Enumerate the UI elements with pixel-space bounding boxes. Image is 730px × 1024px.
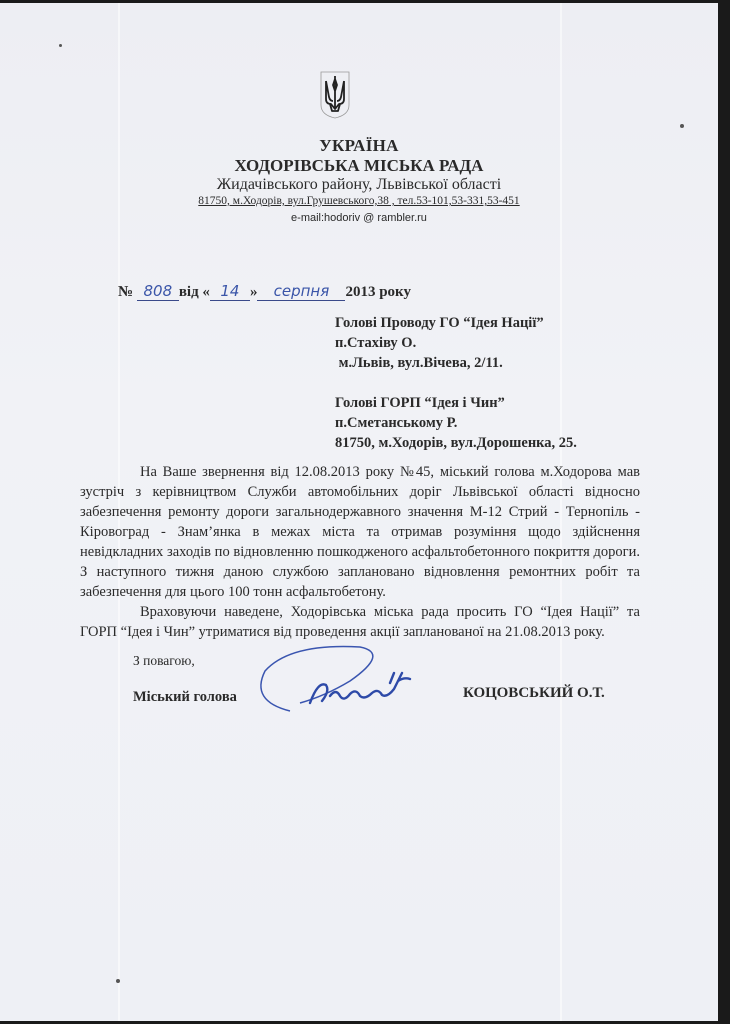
scan-speck — [116, 979, 120, 983]
closing-regards: З повагою, — [133, 653, 195, 669]
scan-speck — [59, 44, 62, 47]
letter-body: На Ваше звернення від 12.08.2013 року №4… — [80, 462, 640, 642]
registration-line: № 808від «14»серпня2013 року — [118, 282, 411, 301]
date-close-quote: » — [250, 284, 258, 300]
date-year: 2013 року — [345, 284, 411, 300]
number-label: № — [118, 284, 133, 300]
date-from-label: від « — [179, 284, 210, 300]
letterhead-address: 81750, м.Ходорів, вул.Грушевського,38 , … — [0, 195, 718, 207]
letterhead-country: УКРАЇНА — [0, 136, 718, 156]
scanned-letter-page: УКРАЇНА ХОДОРІВСЬКА МІСЬКА РАДА Жидачівс… — [0, 3, 718, 1021]
recipient-name: п.Стахіву О. — [335, 333, 544, 353]
recipient-name: п.Сметанському Р. — [335, 413, 577, 433]
handwritten-number: 808 — [137, 282, 179, 301]
recipient-position: Голові ГОРП “Ідея і Чин” — [335, 393, 577, 413]
letterhead-address-text: 81750, м.Ходорів, вул.Грушевського,38 , … — [198, 195, 519, 207]
ukraine-trident-icon — [320, 71, 350, 119]
recipient-position: Голові Проводу ГО “Ідея Нації” — [335, 313, 544, 333]
recipient-address: м.Львів, вул.Вічева, 2/11. — [335, 353, 544, 373]
letterhead-council: ХОДОРІВСЬКА МІСЬКА РАДА — [0, 156, 718, 176]
body-paragraph: Враховуючи наведене, Ходорівська міська … — [80, 602, 640, 642]
recipient-block: Голові ГОРП “Ідея і Чин” п.Сметанському … — [335, 393, 577, 453]
letterhead-region: Жидачівського району, Львівської області — [0, 176, 718, 194]
signatory-name: КОЦОВСЬКИЙ О.Т. — [463, 685, 605, 702]
handwritten-month: серпня — [257, 282, 345, 301]
recipient-block: Голові Проводу ГО “Ідея Нації” п.Стахіву… — [335, 313, 544, 373]
letterhead-email: e-mail:hodoriv @ rambler.ru — [0, 212, 718, 224]
body-paragraph: На Ваше звернення від 12.08.2013 року №4… — [80, 462, 640, 602]
signatory-title: Міський голова — [133, 689, 237, 706]
handwritten-signature — [230, 641, 490, 721]
scan-speck — [680, 124, 684, 128]
handwritten-day: 14 — [210, 282, 250, 301]
recipient-address: 81750, м.Ходорів, вул.Дорошенка, 25. — [335, 433, 577, 453]
